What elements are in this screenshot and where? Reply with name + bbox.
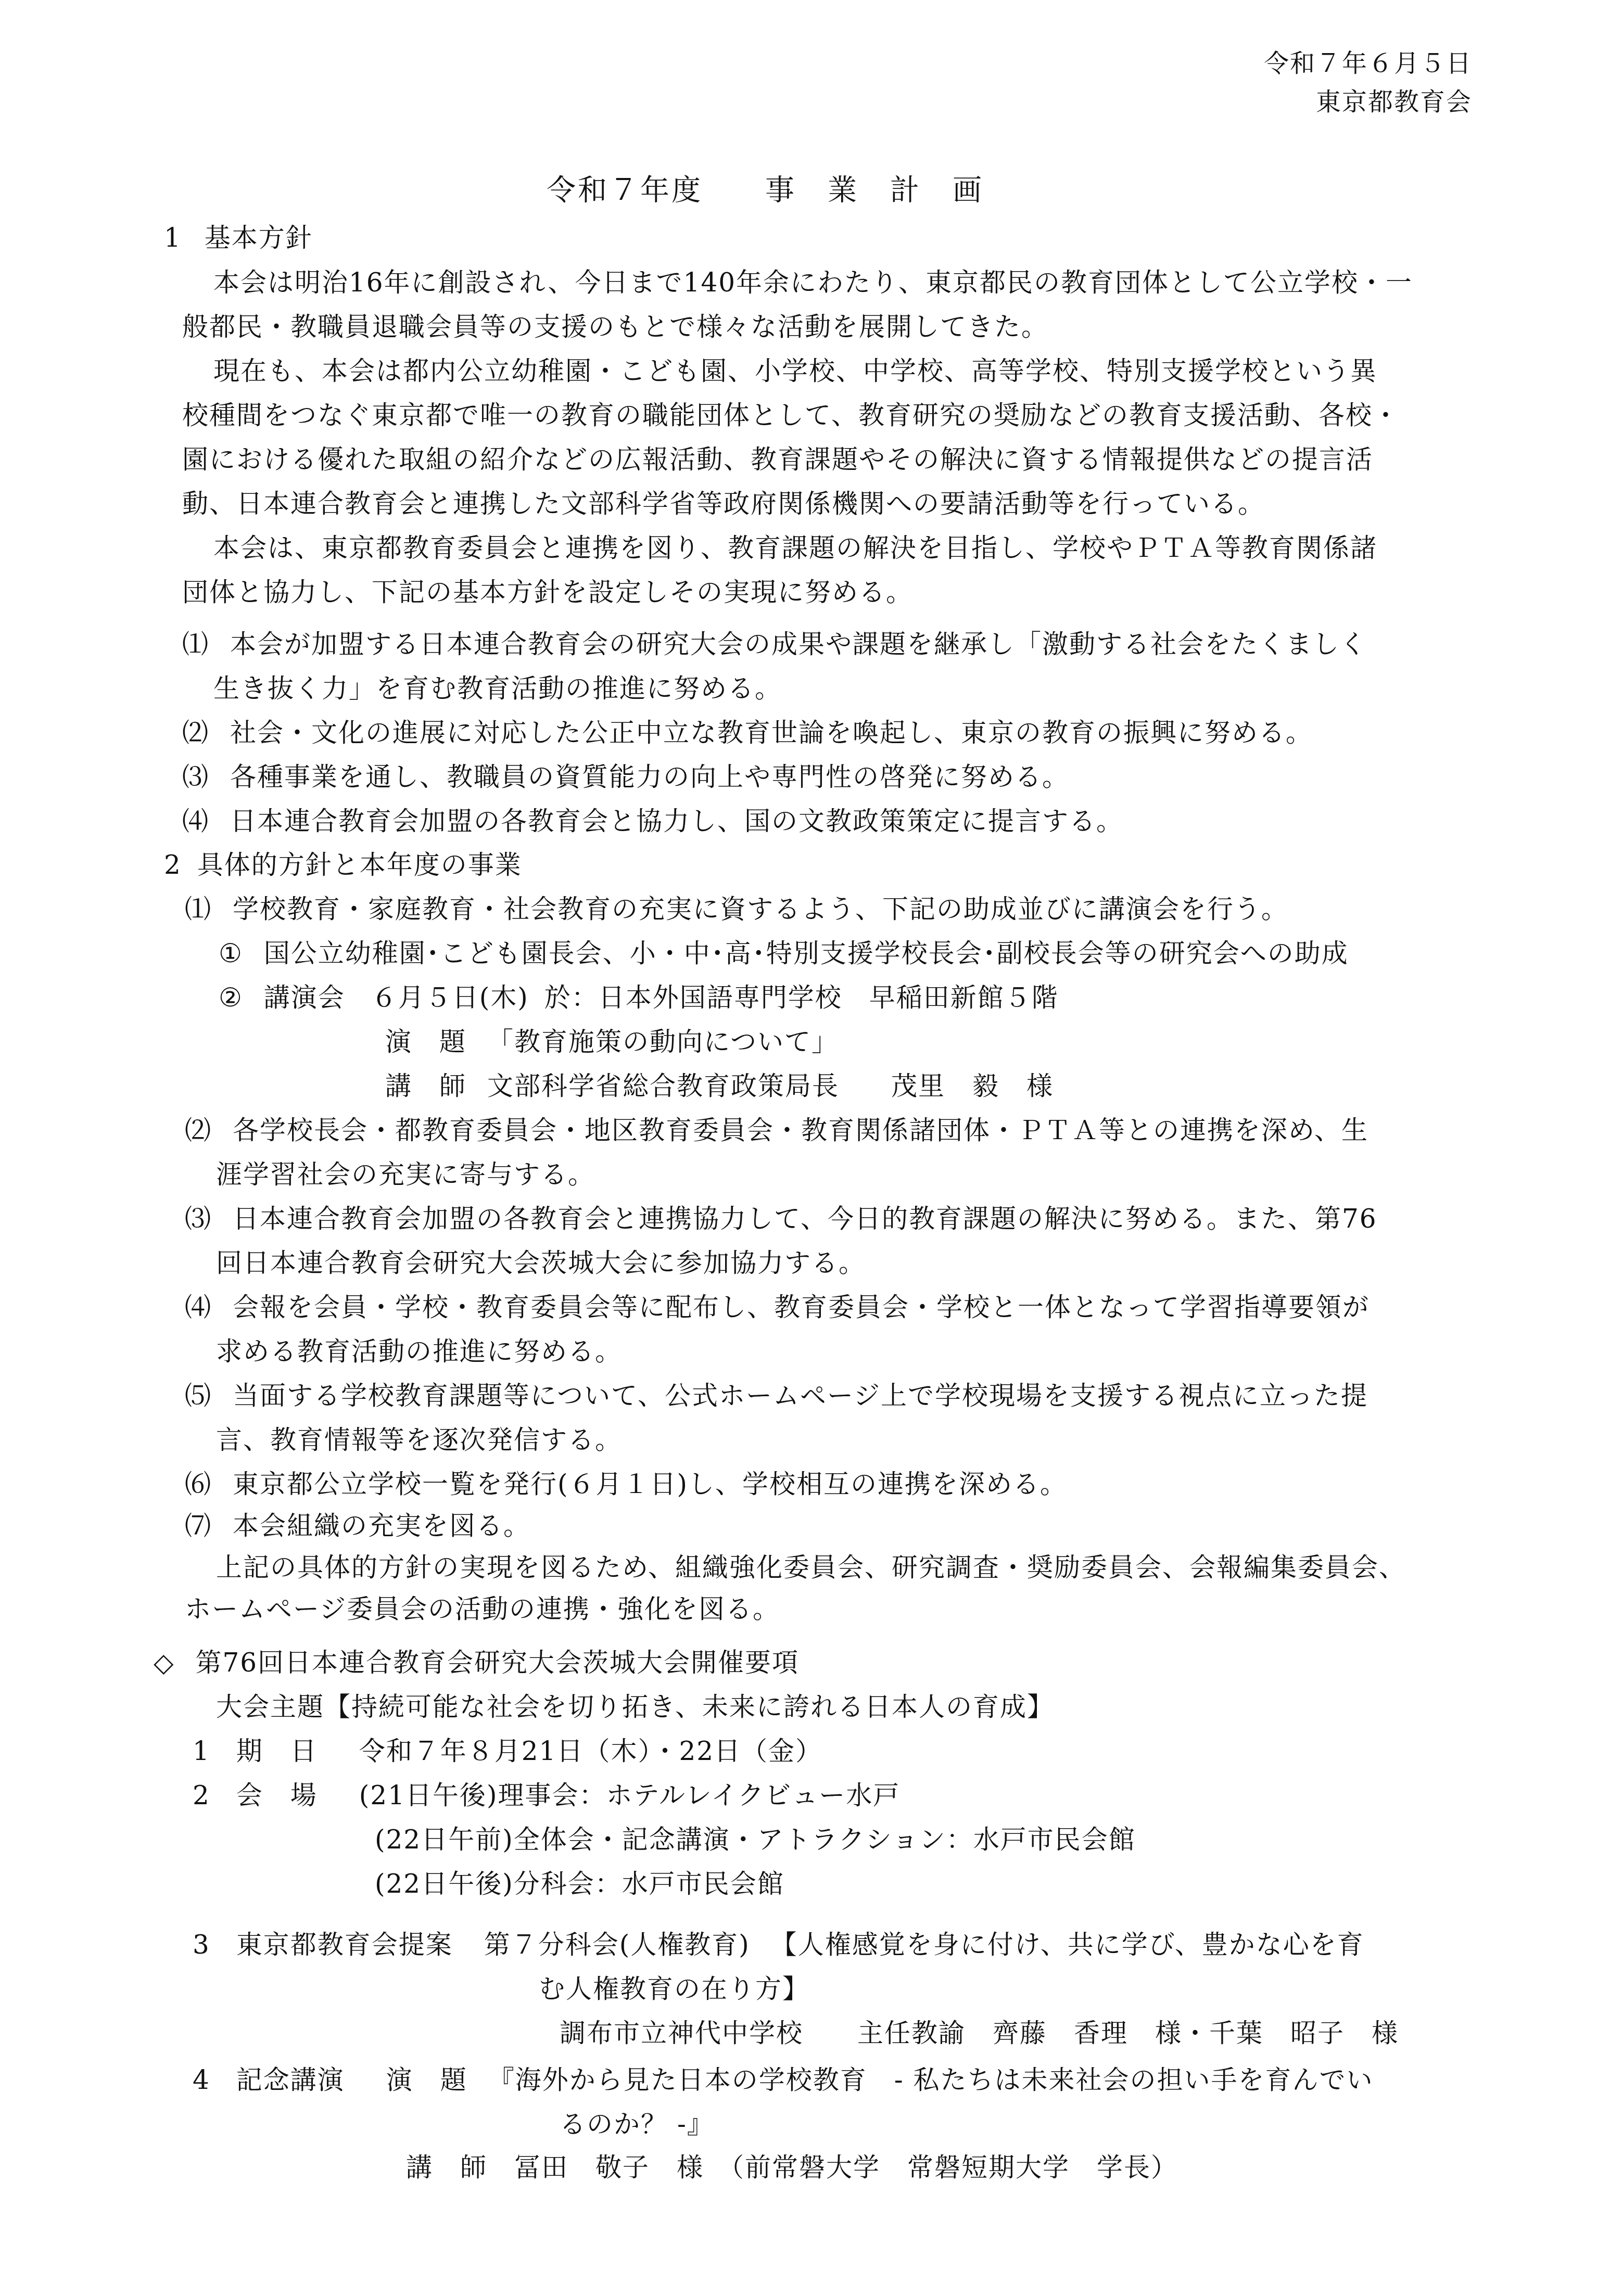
item-text: 東京都公立学校一覧を発行(６月１日)し、学校相互の連携を深める。 (233, 1469, 1067, 1499)
tokyo-proposal: 3東京都教育会提案第７分科会(人権教育)【人権感覚を身に付け、共に学び、豊かな心… (193, 1932, 1364, 1958)
section-2-heading: 2具体的方針と本年度の事業 (164, 852, 522, 878)
venue-line: (22日午前)全体会・記念講演・アトラクション：水戸市民会館 (375, 1827, 1136, 1853)
date-label: 期 日 (236, 1736, 318, 1766)
conference-date: 1期 日令和７年８月21日（木）・22日（金） (193, 1738, 822, 1764)
item-text: 社会・文化の進展に対応した公正中立な教育世論を喚起し、東京の教育の振興に努める。 (230, 718, 1313, 748)
item-number: ⑵ (185, 1115, 212, 1145)
project-item-7: ⑺本会組織の充実を図る。 (185, 1513, 530, 1539)
page-title: 令和７年度事 業 計 画 (547, 176, 984, 205)
topic-label: 演 題 (385, 1027, 466, 1057)
item-number: ⑶ (185, 1204, 212, 1234)
diamond-bullet-icon: ◇ (154, 1648, 174, 1678)
closing-line: ホームページ委員会の活動の連携・強化を図る。 (185, 1596, 780, 1622)
conference-heading: ◇第76回日本連合教育会研究大会茨城大会開催要項 (154, 1650, 799, 1676)
policy-item-1-cont: 生き抜く力」を育む教育活動の推進に努める。 (213, 675, 782, 701)
document-date: 令和７年６月５日 (1264, 51, 1472, 76)
speaker-title: 文部科学省総合教育政策局長 (487, 1071, 839, 1101)
item-number: ⑵ (182, 718, 209, 748)
item-number: ⑷ (182, 806, 209, 836)
project-item-5: ⑸当面する学校教育課題等について、公式ホームページ上で学校現場を支援する視点に立… (185, 1383, 1368, 1409)
venue-line: (22日午後)分科会：水戸市民会館 (375, 1871, 784, 1897)
item-number: ⑹ (185, 1469, 212, 1499)
subsidy-item: ①国公立幼稚園･こども園長会、小・中･高･特別支援学校長会･副校長会等の研究会へ… (219, 940, 1349, 966)
item-text: 本会が加盟する日本連合教育会の研究大会の成果や課題を継承し「激動する社会をたくま… (230, 629, 1367, 659)
policy-item-1: ⑴本会が加盟する日本連合教育会の研究大会の成果や課題を継承し「激動する社会をたく… (182, 631, 1367, 657)
topic-label: 演 題 (386, 2065, 467, 2095)
lecture-item: ②講演会６月５日(木)於：日本外国語専門学校 早稲田新館５階 (219, 985, 1059, 1011)
topic-text: 「教育施策の動向について」 (487, 1027, 839, 1057)
project-item-1: ⑴学校教育・家庭教育・社会教育の充実に資するよう、下記の助成並びに講演会を行う。 (185, 896, 1288, 922)
item-text: 学校教育・家庭教育・社会教育の充実に資するよう、下記の助成並びに講演会を行う。 (233, 894, 1288, 924)
closing-line: 上記の具体的方針の実現を図るため、組織強化委員会、研究調査・奨励委員会、会報編集… (216, 1554, 1406, 1580)
venue-line: (21日午後)理事会：ホテルレイクビュー水戸 (359, 1780, 900, 1810)
item-number: ⑷ (185, 1292, 212, 1322)
theme-label: 大会主題 (216, 1692, 324, 1722)
project-item-4-cont: 求める教育活動の推進に努める。 (216, 1338, 622, 1364)
proposal-title-cont: む人権教育の在り方】 (539, 1976, 809, 2002)
policy-item-2: ⑵社会・文化の進展に対応した公正中立な教育世論を喚起し、東京の教育の振興に努める… (182, 720, 1313, 746)
project-item-3-cont: 回日本連合教育会研究大会茨城大会に参加協力する。 (216, 1250, 866, 1276)
project-item-5-cont: 言、教育情報等を逐次発信する。 (216, 1427, 622, 1453)
item-text: 国公立幼稚園･こども園長会、小・中･高･特別支援学校長会･副校長会等の研究会への… (264, 938, 1349, 968)
theme-text: 【持続可能な社会を切り拓き、未来に誇れる日本人の育成】 (324, 1692, 1054, 1722)
proposal-presenter: 調布市立神代中学校 主任教諭 齊藤 香理 様・千葉 昭子 様 (560, 2020, 1399, 2046)
item-number: ⑸ (185, 1381, 212, 1411)
paragraph-line: 団体と協力し、下記の基本方針を設定しその実現に努める。 (182, 579, 913, 605)
venue-label: 会 場 (236, 1780, 318, 1810)
project-item-6: ⑹東京都公立学校一覧を発行(６月１日)し、学校相互の連携を深める。 (185, 1471, 1067, 1497)
session-name: 第７分科会(人権教育) (484, 1930, 750, 1960)
section-title: 具体的方針と本年度の事業 (197, 850, 522, 880)
conference-venue: 2会 場(21日午後)理事会：ホテルレイクビュー水戸 (193, 1782, 900, 1808)
lecture-speaker: 講 師 冨田 敬子 様 （前常磐大学 常磐短期大学 学長） (406, 2154, 1178, 2180)
item-number: ⑶ (182, 762, 209, 792)
topic-text: 『海外から見た日本の学校教育 ‐ 私たちは未来社会の担い手を育んでい (488, 2065, 1374, 2095)
paragraph-line: 動、日本連合教育会と連携した文部科学省等政府関係機関への要請活動等を行っている。 (182, 491, 1265, 517)
section-number: 1 (164, 223, 182, 253)
lecture-venue: 於：日本外国語専門学校 早稲田新館５階 (544, 983, 1059, 1013)
project-item-2: ⑵各学校長会・都教育委員会・地区教育委員会・教育関係諸団体・ＰＴＡ等との連携を深… (185, 1117, 1368, 1143)
item-number: 1 (193, 1736, 210, 1766)
policy-item-3: ⑶各種事業を通し、教職員の資質能力の向上や専門性の啓発に努める。 (182, 764, 1069, 790)
project-item-2-cont: 涯学習社会の充実に寄与する。 (216, 1162, 595, 1188)
title-main: 事 業 計 画 (765, 173, 984, 207)
document-page: 令和７年６月５日 東京都教育会 令和７年度事 業 計 画 1基本方針 本会は明治… (0, 0, 1623, 2296)
lecture-label: 講演会 (264, 983, 345, 1013)
paragraph-line: 般都民・教職員退職会員等の支援のもとで様々な活動を展開してきた。 (182, 314, 1048, 340)
conference-title: 第76回日本連合教育会研究大会茨城大会開催要項 (195, 1648, 799, 1678)
lecture-label: 記念講演 (236, 2065, 345, 2095)
proposal-label: 東京都教育会提案 (236, 1930, 453, 1960)
item-text: 当面する学校教育課題等について、公式ホームページ上で学校現場を支援する視点に立っ… (233, 1381, 1368, 1411)
item-text: 会報を会員・学校・教育委員会等に配布し、教育委員会・学校と一体となって学習指導要… (233, 1292, 1370, 1322)
policy-item-4: ⑷日本連合教育会加盟の各教育会と協力し、国の文教政策策定に提言する。 (182, 808, 1123, 834)
item-text: 各種事業を通し、教職員の資質能力の向上や専門性の啓発に努める。 (230, 762, 1069, 792)
memorial-lecture: 4記念講演演 題『海外から見た日本の学校教育 ‐ 私たちは未来社会の担い手を育ん… (193, 2067, 1374, 2093)
paragraph-line: 本会は、東京都教育委員会と連携を図り、教育課題の解決を目指し、学校やＰＴＡ等教育… (213, 535, 1377, 561)
circled-number: ① (219, 938, 243, 968)
lecture-date: ６月５日(木) (371, 983, 529, 1013)
item-number: ⑴ (182, 629, 209, 659)
speaker-label: 講 師 (385, 1071, 466, 1101)
paragraph-line: 校種間をつなぐ東京都で唯一の教育の職能団体として、教育研究の奨励などの教育支援活… (182, 402, 1400, 428)
circled-number: ② (219, 983, 243, 1013)
section-1-heading: 1基本方針 (164, 225, 313, 251)
title-year: 令和７年度 (547, 173, 703, 207)
lecture-topic-cont: るのか？ ‐』 (560, 2111, 714, 2137)
proposal-title: 【人権感覚を身に付け、共に学び、豊かな心を育 (771, 1930, 1364, 1960)
paragraph-line: 本会は明治16年に創設され、今日まで140年余にわたり、東京都民の教育団体として… (213, 270, 1413, 296)
date-value: 令和７年８月21日（木）・22日（金） (359, 1736, 822, 1766)
lecture-topic: 演 題「教育施策の動向について」 (385, 1029, 839, 1055)
item-text: 日本連合教育会加盟の各教育会と連携協力して、今日的教育課題の解決に努める。また、… (233, 1204, 1377, 1234)
organization-name: 東京都教育会 (1316, 90, 1472, 114)
paragraph-line: 園における優れた取組の紹介などの広報活動、教育課題やその解決に資する情報提供など… (182, 447, 1373, 473)
speaker-name: 茂里 毅 様 (891, 1071, 1054, 1101)
project-item-4: ⑷会報を会員・学校・教育委員会等に配布し、教育委員会・学校と一体となって学習指導… (185, 1294, 1370, 1320)
item-text: 本会組織の充実を図る。 (233, 1511, 530, 1541)
item-number: 2 (193, 1780, 210, 1810)
item-text: 日本連合教育会加盟の各教育会と協力し、国の文教政策策定に提言する。 (230, 806, 1123, 836)
item-number: ⑺ (185, 1511, 212, 1541)
item-number: 3 (193, 1930, 210, 1960)
section-number: 2 (164, 850, 182, 880)
item-number: 4 (193, 2065, 210, 2095)
paragraph-line: 現在も、本会は都内公立幼稚園・こども園、小学校、中学校、高等学校、特別支援学校と… (213, 358, 1377, 384)
item-number: ⑴ (185, 894, 212, 924)
project-item-3: ⑶日本連合教育会加盟の各教育会と連携協力して、今日的教育課題の解決に努める。また… (185, 1206, 1377, 1232)
item-text: 各学校長会・都教育委員会・地区教育委員会・教育関係諸団体・ＰＴＡ等との連携を深め… (233, 1115, 1368, 1145)
conference-theme: 大会主題【持続可能な社会を切り拓き、未来に誇れる日本人の育成】 (216, 1694, 1054, 1720)
lecture-speaker: 講 師文部科学省総合教育政策局長茂里 毅 様 (385, 1073, 1054, 1099)
section-title: 基本方針 (205, 223, 313, 253)
